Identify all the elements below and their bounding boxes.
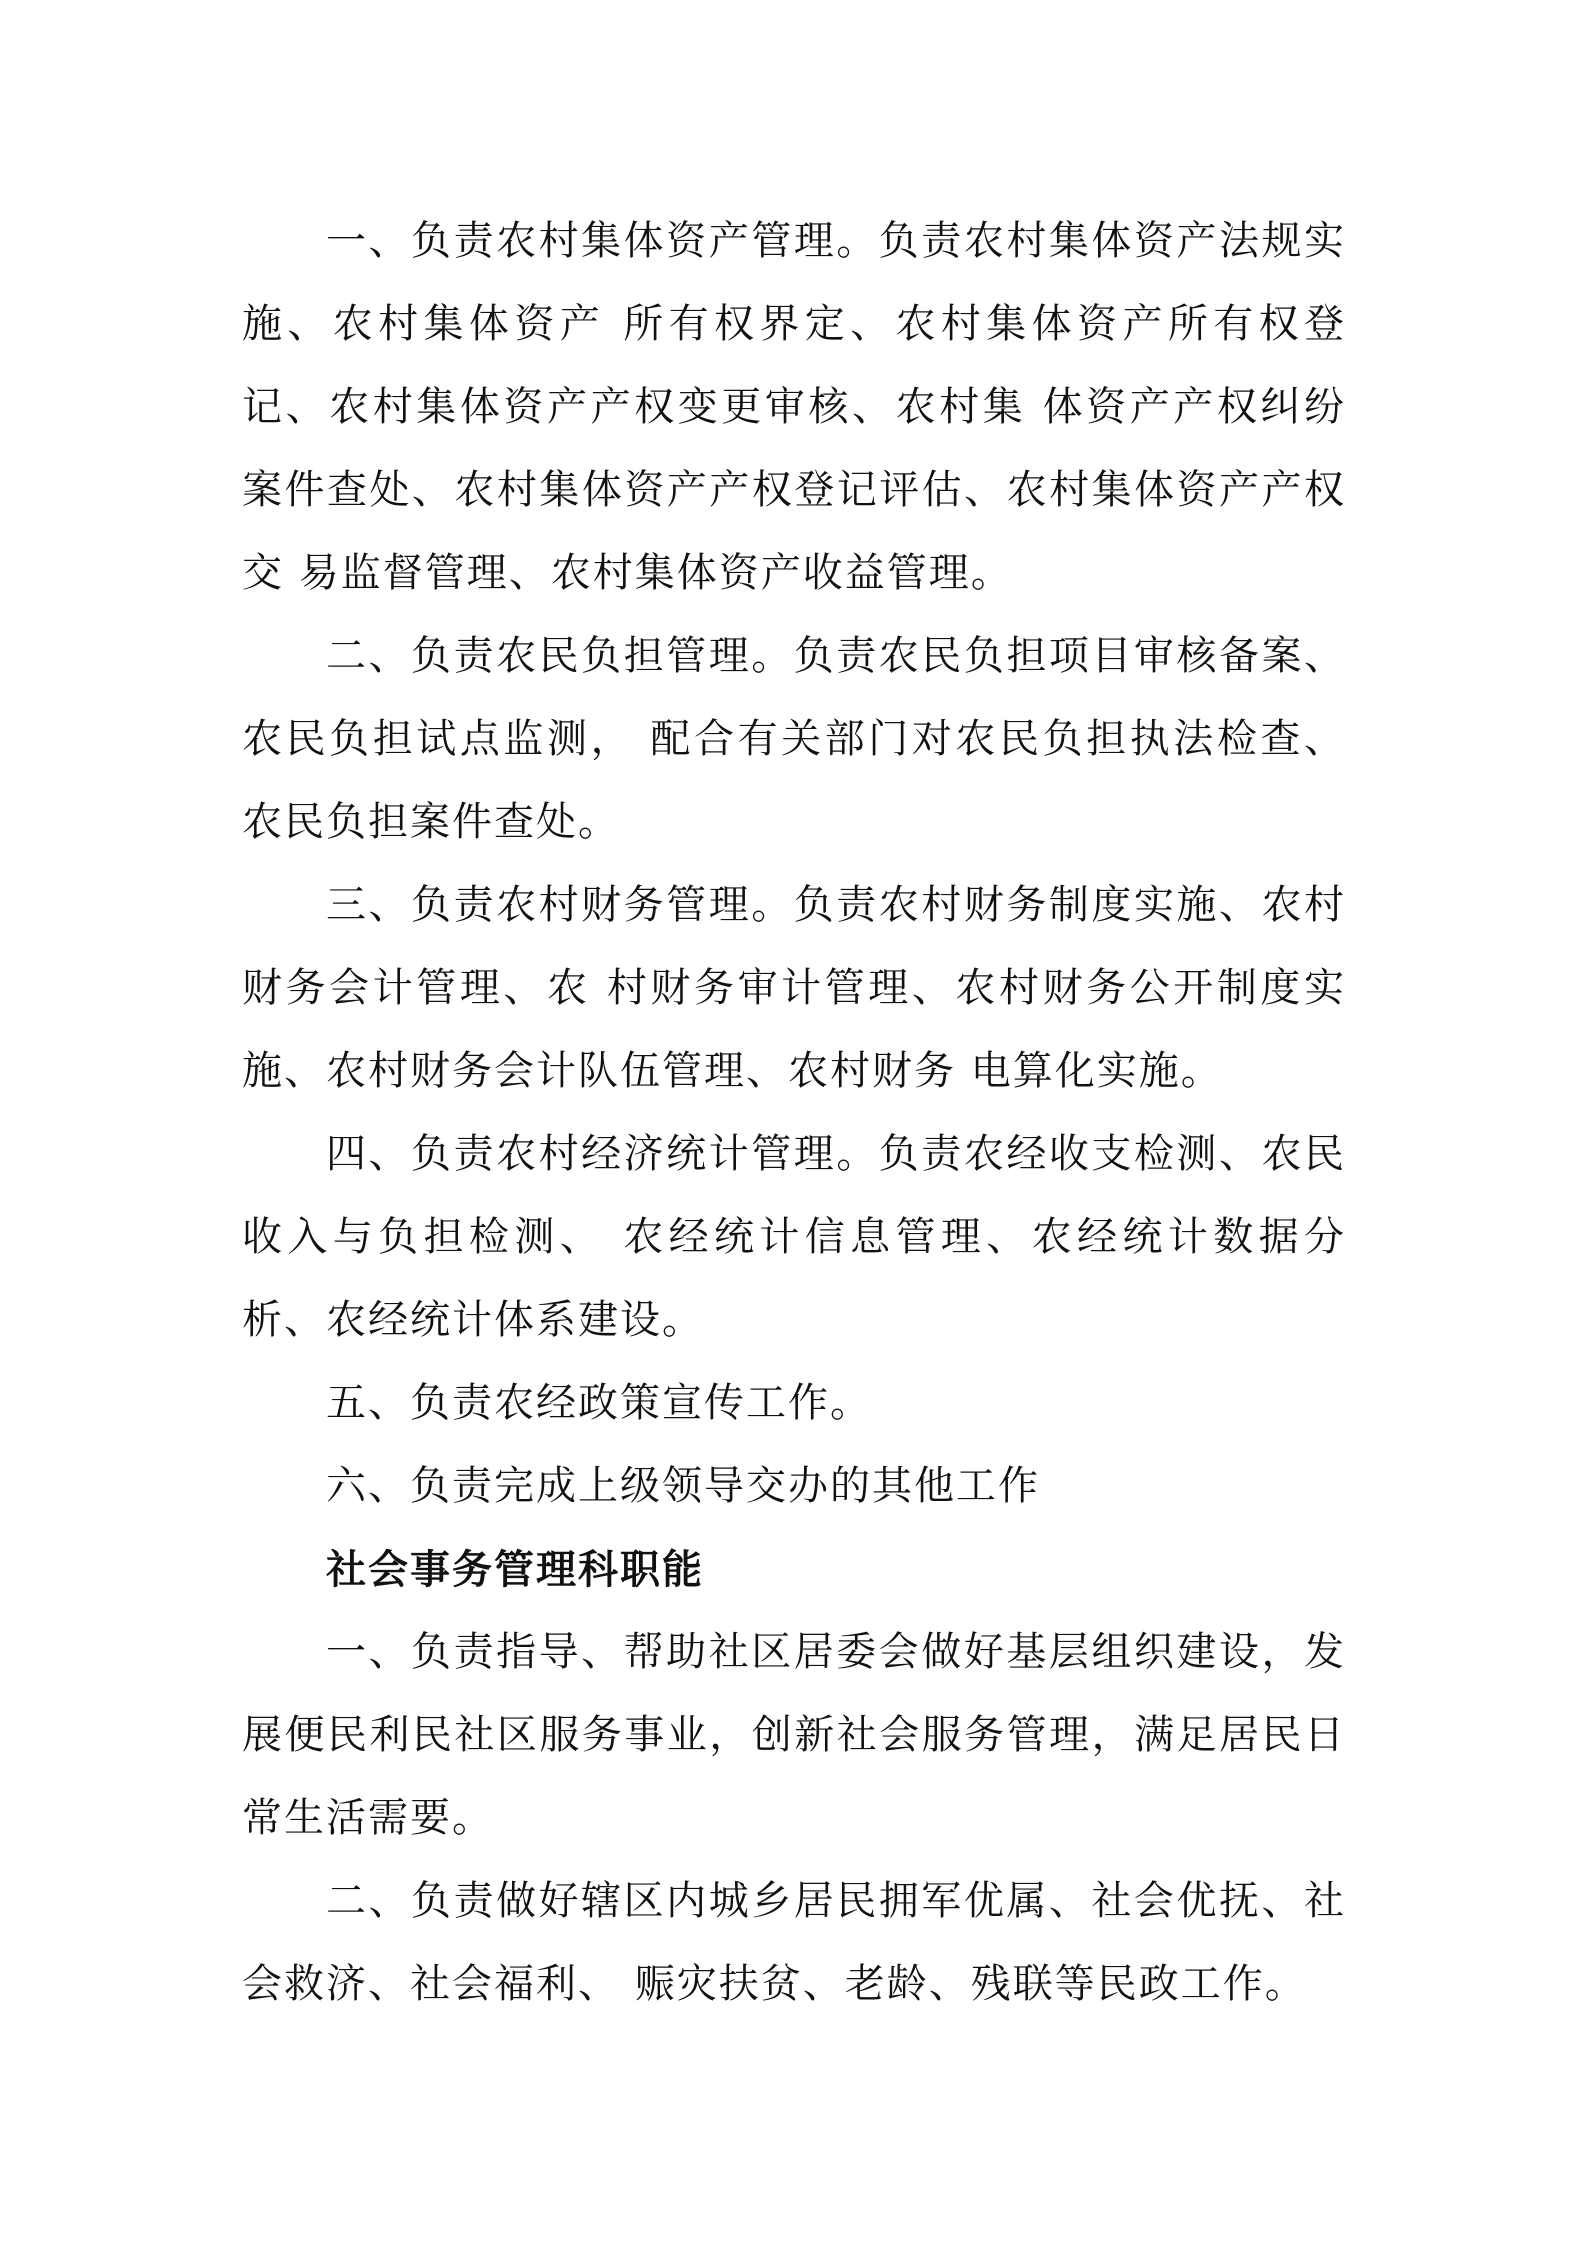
paragraph-rural-finance-management: 三、负责农村财务管理。负责农村财务制度实施、农村财务会计管理、农 村财务审计管理…: [242, 864, 1346, 1113]
section-heading-social-affairs: 社会事务管理科职能: [242, 1528, 1346, 1611]
paragraph-other-tasks: 六、负责完成上级领导交办的其他工作: [242, 1445, 1346, 1528]
paragraph-policy-publicity: 五、负责农经政策宣传工作。: [242, 1362, 1346, 1445]
paragraph-rural-asset-management: 一、负责农村集体资产管理。负责农村集体资产法规实施、农村集体资产 所有权界定、农…: [242, 200, 1346, 615]
paragraph-community-guidance: 一、负责指导、帮助社区居委会做好基层组织建设，发展便民利民社区服务事业，创新社会…: [242, 1611, 1346, 1860]
paragraph-farmer-burden-management: 二、负责农民负担管理。负责农民负担项目审核备案、农民负担试点监测， 配合有关部门…: [242, 615, 1346, 864]
paragraph-civil-affairs: 二、负责做好辖区内城乡居民拥军优属、社会优抚、社会救济、社会福利、 赈灾扶贫、老…: [242, 1860, 1346, 2026]
paragraph-rural-statistics-management: 四、负责农村经济统计管理。负责农经收支检测、农民收入与负担检测、 农经统计信息管…: [242, 1113, 1346, 1362]
document-page: 一、负责农村集体资产管理。负责农村集体资产法规实施、农村集体资产 所有权界定、农…: [242, 200, 1346, 2026]
